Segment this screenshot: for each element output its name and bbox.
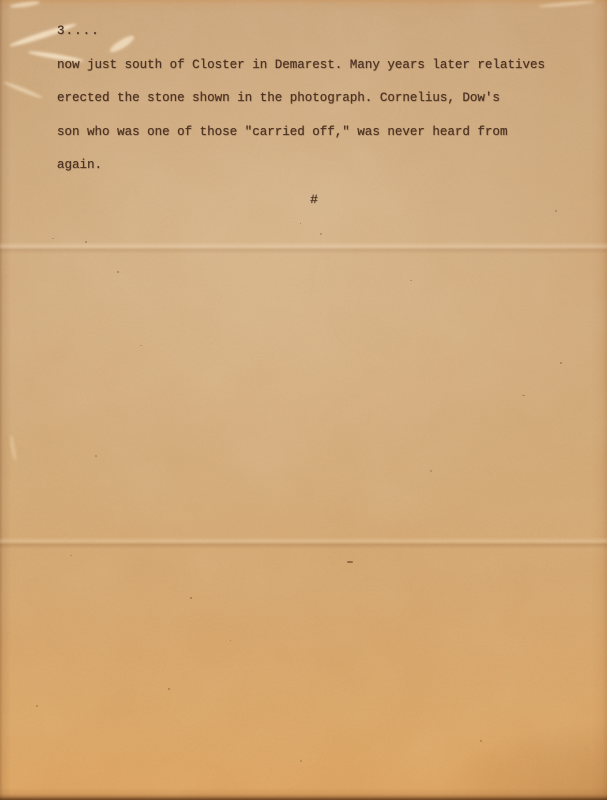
typewritten-text-block: 3.... now just south of Closter in Demar…	[57, 24, 551, 226]
edge-crease-mark	[9, 435, 17, 461]
paper-bottom-edge	[0, 794, 607, 800]
typewritten-line: son who was one of those "carried off," …	[57, 125, 551, 159]
fold-crease-upper	[0, 242, 607, 254]
corner-crease-mark	[3, 80, 43, 99]
typewritten-line: erected the stone shown in the photograp…	[57, 91, 551, 125]
typewritten-line: now just south of Closter in Demarest. M…	[57, 58, 551, 92]
scanned-page: 3.... now just south of Closter in Demar…	[0, 0, 607, 800]
corner-crease-mark	[10, 0, 40, 9]
end-mark-hash: #	[57, 192, 551, 226]
typewritten-line: again.	[57, 158, 551, 192]
fold-crease-lower	[0, 537, 607, 549]
corner-crease-mark	[538, 0, 596, 9]
page-number: 3....	[57, 24, 551, 58]
